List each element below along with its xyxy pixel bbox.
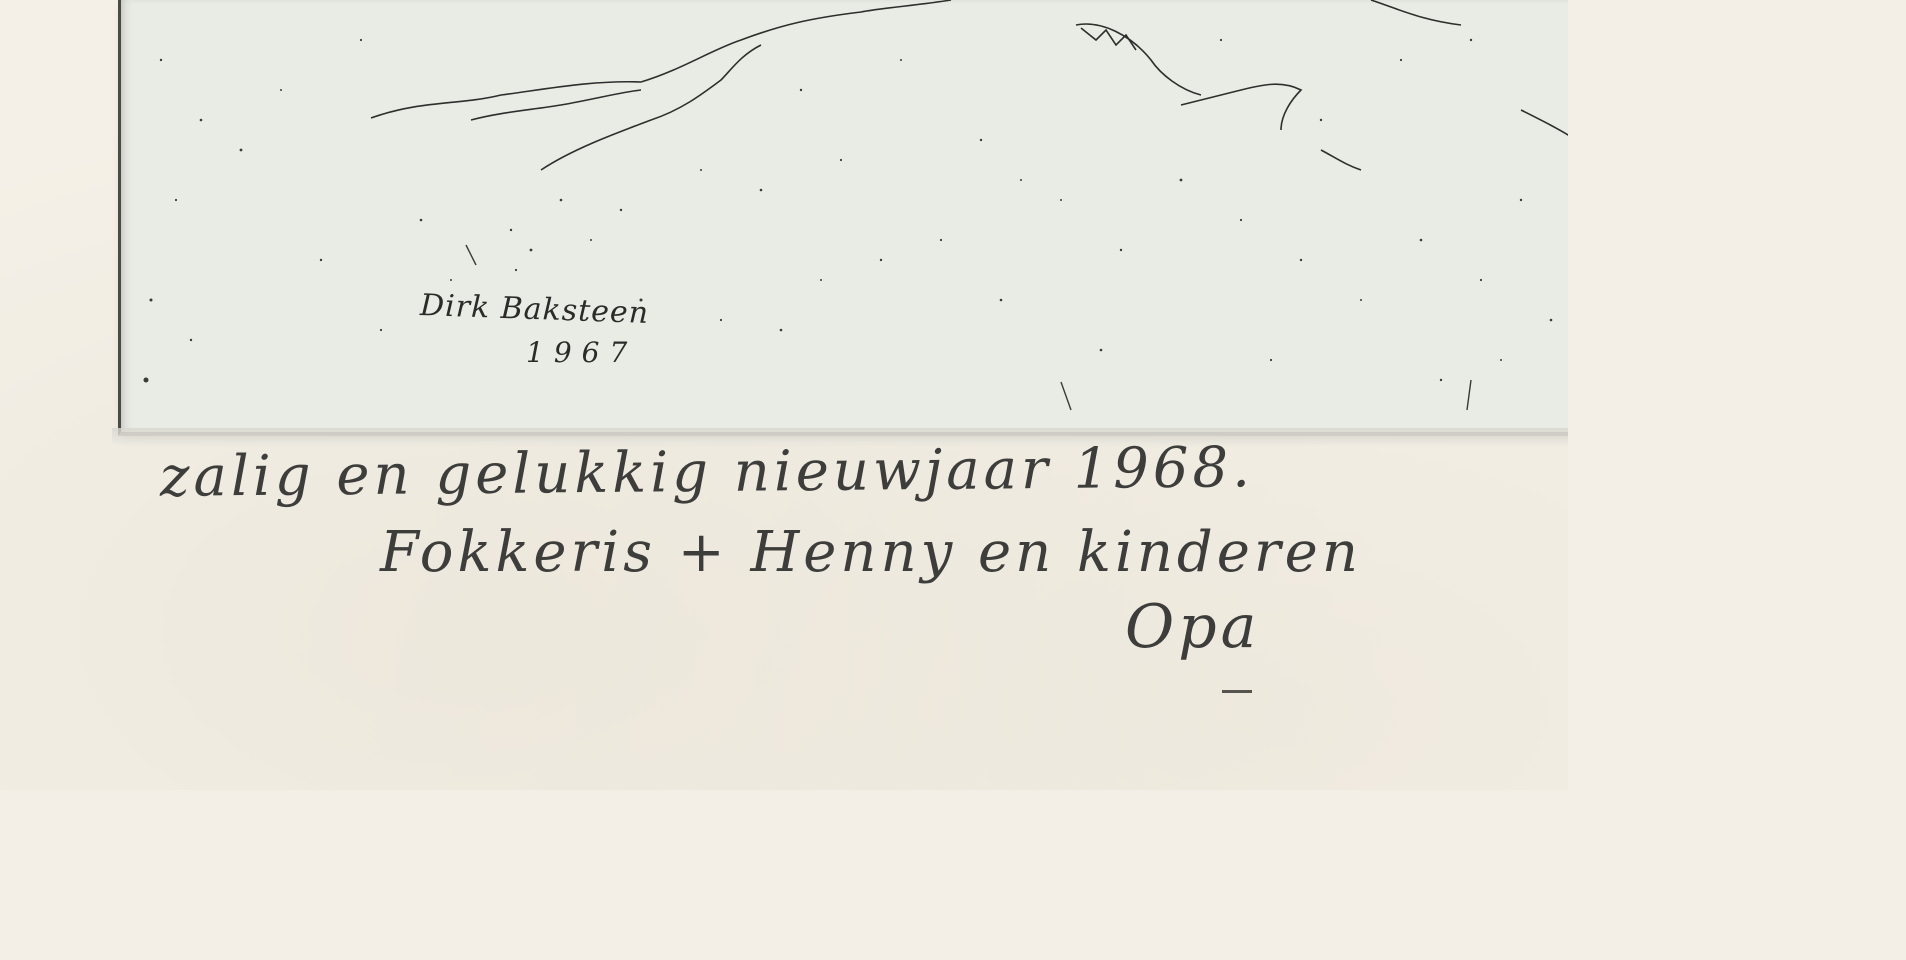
stipple-dots (144, 39, 1553, 383)
artist-signature-year: 1967 (526, 336, 637, 369)
inscription-line-1: zalig en gelukkig nieuwjaar 1968. (160, 435, 1254, 510)
inscription-line-2: Fokkeris + Henny en kinderen (380, 520, 1362, 585)
inscription-line-3: Opa (1125, 592, 1260, 662)
etched-landscape-lines (121, 0, 1568, 432)
pencil-dash (1222, 690, 1252, 693)
etching-plate (118, 0, 1568, 436)
